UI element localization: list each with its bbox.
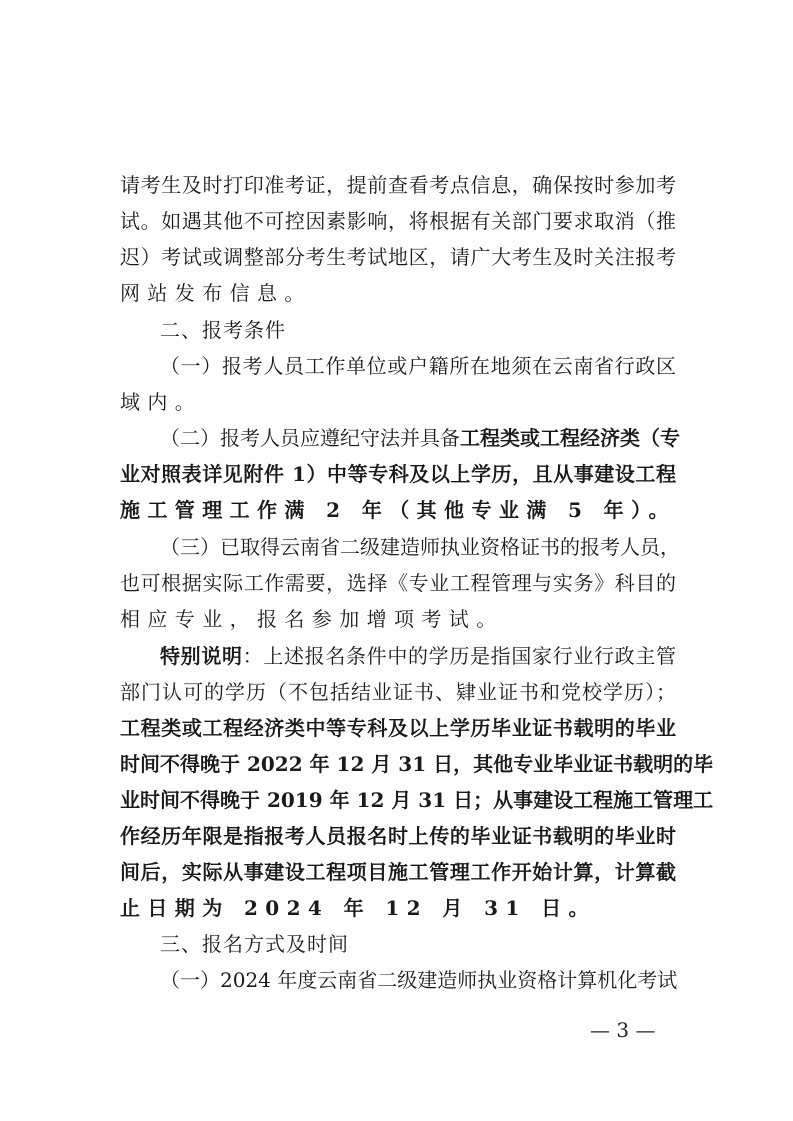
body-text: 部门认可的学历（不包括结业证书、肄业证书和党校学历）；: [120, 680, 676, 704]
text-line: （一）2024 年度云南省二级建造师执业资格计算机化考试: [160, 965, 676, 995]
bold-text: 止日期为 2024 年 12 月 31 日。: [120, 896, 596, 920]
text-line: 迟）考试或调整部分考生考试地区，请广大考生及时关注报考: [120, 242, 676, 272]
body-text: 相应专业，报名参加增项考试。: [120, 607, 504, 631]
section-heading: 三、报名方式及时间: [160, 929, 676, 959]
bold-text: 间后，实际从事建设工程项目施工管理工作开始计算，计算截: [120, 860, 676, 884]
text-line: 施工管理工作满 2 年（其他专业满 5 年）。: [120, 495, 676, 525]
text-line: 试。如遇其他不可控因素影响，将根据有关部门要求取消（推: [120, 206, 676, 236]
bold-text: 业对照表详见附件 1）中等专科及以上学历，且从事建设工程: [120, 462, 676, 486]
bold-text: 施工管理工作满 2 年（其他专业满 5 年）。: [120, 498, 676, 522]
body-text: 请考生及时打印准考证，提前查看考点信息，确保按时参加考: [120, 173, 676, 197]
bold-text: 业时间不得晚于 2019 年 12 月 31 日；从事建设工程施工管理工: [120, 788, 713, 812]
text-line: （一）报考人员工作单位或户籍所在地须在云南省行政区: [160, 351, 676, 381]
body-text: 二、报考条件: [160, 318, 286, 342]
text-line: （三）已取得云南省二级建造师执业资格证书的报考人员，: [160, 532, 676, 562]
bold-text: 时间不得晚于 2022 年 12 月 31 日，其他专业毕业证书载明的毕: [120, 752, 713, 776]
bold-text: 作经历年限是指报考人员报名时上传的毕业证书载明的毕业时: [120, 824, 676, 848]
body-text: 网站发布信息。: [120, 281, 312, 305]
text-line: 请考生及时打印准考证，提前查看考点信息，确保按时参加考: [120, 170, 676, 200]
text-line: （二）报考人员应遵纪守法并具备工程类或工程经济类（专: [160, 423, 676, 453]
body-text: 三、报名方式及时间: [160, 932, 349, 956]
text-line: 网站发布信息。: [120, 278, 676, 308]
text-line: 域内。: [120, 387, 676, 417]
bold-text: 工程类或工程经济类中等专科及以上学历毕业证书载明的毕业: [120, 716, 676, 740]
body-text: 也可根据实际工作需要，选择《专业工程管理与实务》科目的: [120, 571, 676, 595]
text-line: 间后，实际从事建设工程项目施工管理工作开始计算，计算截: [120, 857, 676, 887]
body-text: （三）已取得云南省二级建造师执业资格证书的报考人员，: [160, 535, 680, 559]
body-text: （二）报考人员应遵纪守法并具备: [160, 426, 460, 450]
text-line: 工程类或工程经济类中等专科及以上学历毕业证书载明的毕业: [120, 713, 676, 743]
section-heading: 二、报考条件: [160, 315, 676, 345]
text-line: 业对照表详见附件 1）中等专科及以上学历，且从事建设工程: [120, 459, 676, 489]
bold-text: 特别说明: [160, 644, 243, 668]
text-line: 业时间不得晚于 2019 年 12 月 31 日；从事建设工程施工管理工: [120, 785, 676, 815]
text-line: 也可根据实际工作需要，选择《专业工程管理与实务》科目的: [120, 568, 676, 598]
bold-text: 工程类或工程经济类（专: [460, 426, 680, 450]
body-text: （一）2024 年度云南省二级建造师执业资格计算机化考试: [160, 968, 677, 992]
text-line: 相应专业，报名参加增项考试。: [120, 604, 676, 634]
body-text: （一）报考人员工作单位或户籍所在地须在云南省行政区: [160, 354, 676, 378]
body-text: ：上述报名条件中的学历是指国家行业行政主管: [243, 644, 676, 668]
body-text: 迟）考试或调整部分考生考试地区，请广大考生及时关注报考: [120, 245, 676, 269]
body-text: 试。如遇其他不可控因素影响，将根据有关部门要求取消（推: [120, 209, 676, 233]
body-text: 域内。: [120, 390, 202, 414]
text-line: 部门认可的学历（不包括结业证书、肄业证书和党校学历）；: [120, 677, 676, 707]
text-line: 作经历年限是指报考人员报名时上传的毕业证书载明的毕业时: [120, 821, 676, 851]
document-page: 请考生及时打印准考证，提前查看考点信息，确保按时参加考试。如遇其他不可控因素影响…: [0, 0, 793, 1121]
page-number: — 3 —: [590, 1018, 655, 1042]
text-line: 时间不得晚于 2022 年 12 月 31 日，其他专业毕业证书载明的毕: [120, 749, 676, 779]
text-line: 特别说明：上述报名条件中的学历是指国家行业行政主管: [160, 641, 676, 671]
text-line: 止日期为 2024 年 12 月 31 日。: [120, 893, 676, 923]
